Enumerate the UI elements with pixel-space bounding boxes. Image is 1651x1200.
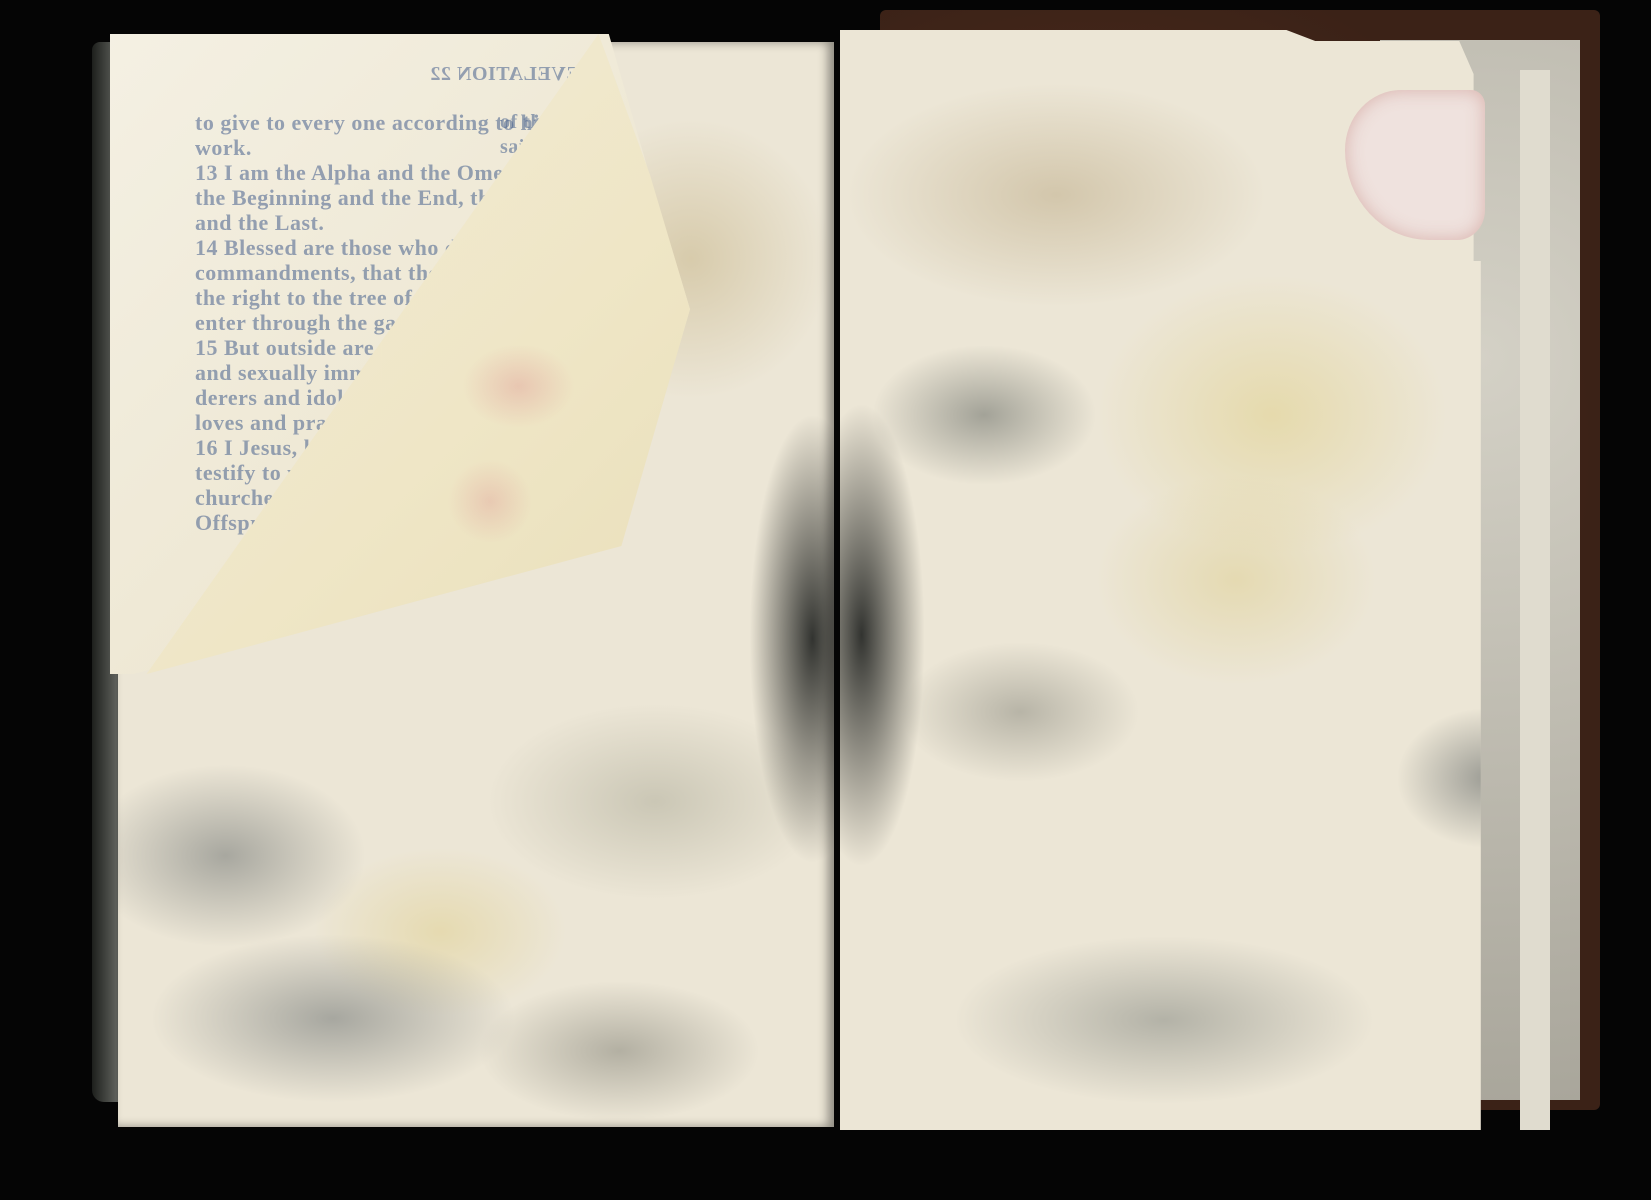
right-page-edge: [1520, 70, 1550, 1130]
